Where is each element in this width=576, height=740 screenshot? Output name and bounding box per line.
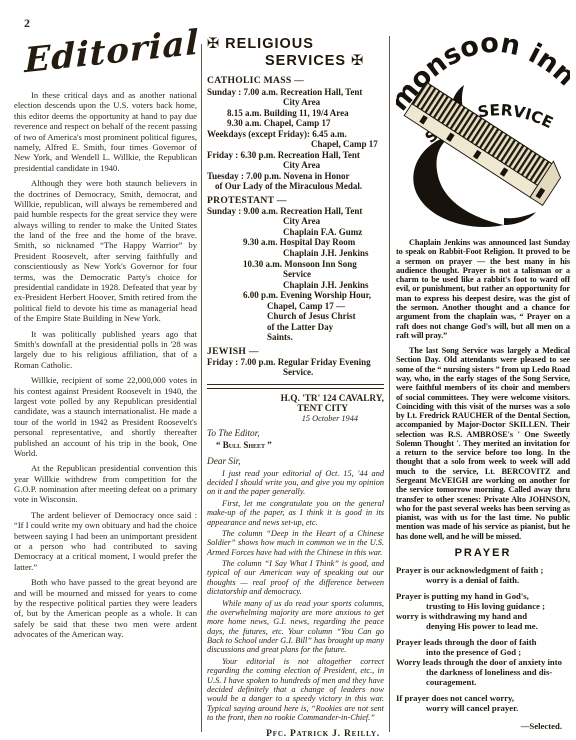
service-line: Chapel, Camp 17 — [207, 139, 384, 150]
service-line: 9.30 a.m. Hospital Day Room — [207, 237, 384, 248]
monsoon-inn-article: Chaplain Jenkins was announced last Sund… — [396, 238, 570, 541]
service-line: of Our Lady of the Miraculous Medal. — [207, 181, 384, 192]
newspaper-page: 2 Editorial In these critical days and a… — [0, 0, 576, 740]
service-line: Friday : 6.30 p.m. Recreation Hall, Tent — [207, 150, 384, 161]
letter-paragraph: I just read your editorial of Oct. 15, '… — [207, 469, 384, 497]
service-line: Church of Jesus Christ — [207, 311, 384, 322]
editorial-paragraph: At the Republican presidential conventio… — [14, 463, 197, 505]
prayer-line: worry is a denial of faith. — [396, 575, 570, 585]
services-column: ✠ RELIGIOUS SERVICES ✠ CATHOLIC MASS —Su… — [207, 36, 384, 739]
prayer-line: denying His power to lead me. — [396, 621, 570, 631]
service-line: 6.00 p.m. Evening Worship Hour, — [207, 290, 384, 301]
letter-to-editor: H.Q. 'TR' 124 CAVALRY, TENT CITY 15 Octo… — [207, 394, 384, 740]
service-line: of the Latter Day — [207, 322, 384, 333]
service-line: Tuesday : 7.00 p.m. Novena in Honor — [207, 171, 384, 182]
monsoon-inn-illustration: monsoon inn SONG SERVICE — [396, 26, 570, 238]
service-line: Chapel, Camp 17 — — [207, 301, 384, 312]
service-line: Service. — [207, 367, 384, 378]
letter-paragraph: The column “Deep in the Heart of a Chine… — [207, 529, 384, 557]
religious-services-heading: ✠ RELIGIOUS SERVICES ✠ — [207, 36, 384, 69]
editorial-paragraph: The ardent believer of Democracy once sa… — [14, 510, 197, 572]
prayer-line: Worry leads through the door of anxiety … — [396, 657, 570, 667]
prayer-attribution: —Selected. — [396, 721, 570, 731]
column-divider-right — [389, 36, 390, 732]
letter-addressee: To The Editor, “ Bull Sheet ” — [207, 429, 384, 451]
service-line: City Area — [207, 160, 384, 171]
editorial-paragraph: It was politically published years ago t… — [14, 329, 197, 371]
letter-body: I just read your editorial of Oct. 15, '… — [207, 469, 384, 723]
editorial-paragraph: Although they were both staunch believer… — [14, 178, 197, 323]
religious-services-heading-line2: SERVICES ✠ — [207, 53, 384, 70]
prayer-line: worry will cancel prayer. — [396, 703, 570, 713]
service-line: 10.30 a.m. Monsoon Inn Song — [207, 259, 384, 270]
prayer-line: If prayer does not cancel worry, — [396, 693, 570, 703]
editorial-paragraph: Willkie, recipient of some 22,000,000 vo… — [14, 375, 197, 458]
service-line: Friday : 7.00 p.m. Regular Friday Evenin… — [207, 357, 384, 368]
service-line: PROTESTANT — — [207, 195, 384, 206]
letter-salutation: Dear Sir, — [207, 457, 384, 467]
service-line: Sunday : 9.00 a.m. Recreation Hall, Tent — [207, 206, 384, 217]
service-line: Chaplain F.A. Gumz — [207, 227, 384, 238]
section-divider-rule — [207, 384, 384, 389]
letter-paragraph: First, let me congratulate you on the ge… — [207, 499, 384, 527]
service-line: Chaplain J.H. Jenkins — [207, 280, 384, 291]
service-line: JEWISH — — [207, 346, 384, 357]
prayer-line: Prayer leads through the door of faith — [396, 637, 570, 647]
prayer-text: Prayer is our acknowledgment of faith ;w… — [396, 565, 570, 713]
prayer-heading: PRAYER — [396, 547, 570, 559]
service-line: Saints. — [207, 332, 384, 343]
service-line: 9.30 a.m. Chapel, Camp 17 — [207, 118, 384, 129]
service-line: CATHOLIC MASS — — [207, 75, 384, 86]
letter-paragraph: Your editorial is not altogether correct… — [207, 657, 384, 723]
service-line: City Area — [207, 97, 384, 108]
editorial-paragraph: In these critical days and as another na… — [14, 90, 197, 173]
letter-signature: Pfc. Patrick J. Reilly. — [207, 729, 384, 739]
prayer-line: into the presence of God ; — [396, 647, 570, 657]
prayer-line: trusting to His loving guidance ; — [396, 601, 570, 611]
letter-paragraph: While many of us do read your sports col… — [207, 599, 384, 655]
letter-addressee-line: To The Editor, — [207, 429, 260, 439]
monsoon-inn-column: monsoon inn SONG SERVICE — [396, 26, 570, 731]
letter-hq-line2: TENT CITY — [207, 404, 384, 414]
service-line: City Area — [207, 216, 384, 227]
prayer-line: Prayer is putting my hand in God's, — [396, 591, 570, 601]
prayer-line: the darkness of loneliness and dis- — [396, 667, 570, 677]
letter-paragraph: The column “I Say What I Think” is good,… — [207, 559, 384, 597]
service-line: Sunday : 7.00 a.m. Recreation Hall, Tent — [207, 87, 384, 98]
editorial-body: In these critical days and as another na… — [14, 90, 197, 640]
editorial-title: Editorial — [24, 23, 196, 81]
services-schedule: CATHOLIC MASS —Sunday : 7.00 a.m. Recrea… — [207, 75, 384, 378]
letter-hq-line1: H.Q. 'TR' 124 CAVALRY, — [207, 394, 384, 404]
column-divider-left — [201, 44, 202, 732]
letter-date: 15 October 1944 — [207, 414, 384, 424]
service-line: Chaplain J.H. Jenkins — [207, 248, 384, 259]
monsoon-paragraph: The last Song Service was largely a Medi… — [396, 346, 570, 541]
prayer-line: worry is withdrawing my hand and — [396, 611, 570, 621]
service-line: 8.15 a.m. Building 11, 19/4 Area — [207, 108, 384, 119]
service-line: Weekdays (except Friday): 6.45 a.m. — [207, 129, 384, 140]
religious-services-heading-line1: ✠ RELIGIOUS — [207, 36, 314, 52]
service-line: Service — [207, 269, 384, 280]
editorial-column: Editorial In these critical days and as … — [14, 26, 197, 645]
prayer-line: couragement. — [396, 677, 570, 687]
monsoon-paragraph: Chaplain Jenkins was announced last Sund… — [396, 238, 570, 340]
prayer-line: Prayer is our acknowledgment of faith ; — [396, 565, 570, 575]
letter-paper-name: “ Bull Sheet ” — [207, 440, 272, 450]
editorial-paragraph: Both who have passed to the great beyond… — [14, 577, 197, 639]
